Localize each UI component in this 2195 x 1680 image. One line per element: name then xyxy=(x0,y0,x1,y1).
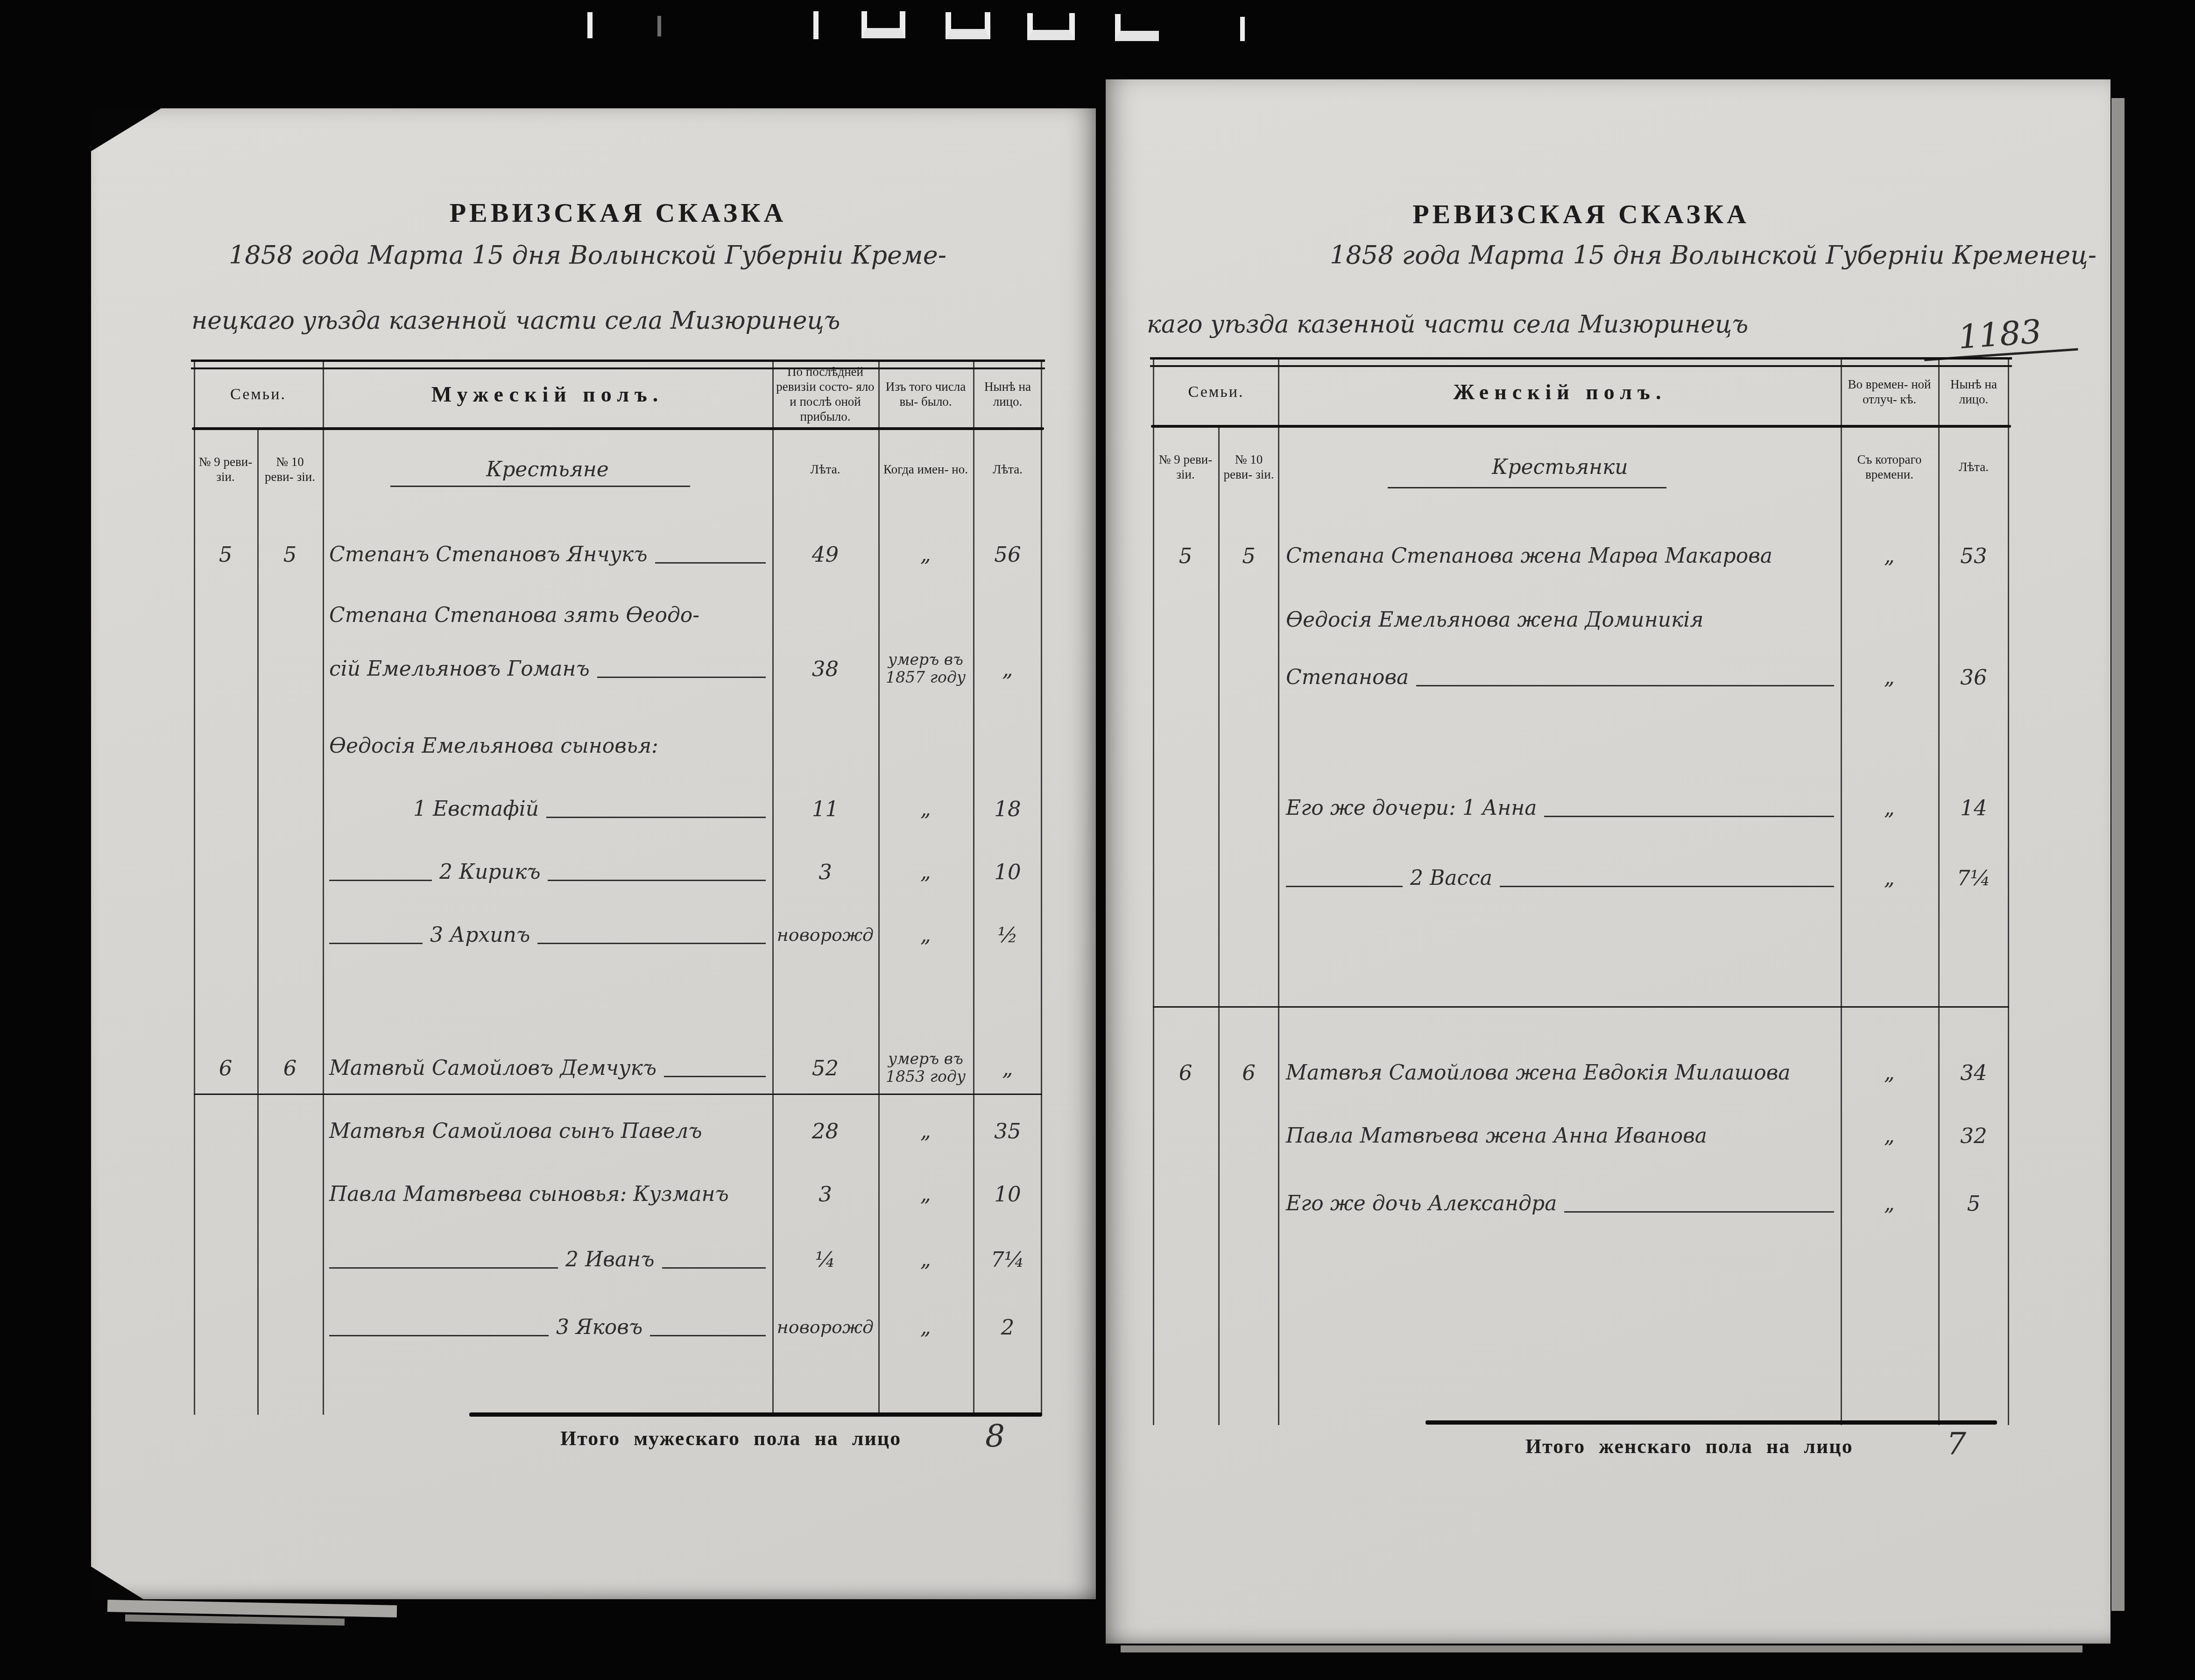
person-name: Степана Степанова зять Ѳеодо- xyxy=(329,603,699,627)
table-row: 2 Иванъ ¼ „ 7¼ xyxy=(194,1230,1042,1288)
departed-when: „ xyxy=(878,923,973,947)
total-rule-line xyxy=(469,1412,1042,1417)
header-rev10: № 10 реви- зіи. xyxy=(1218,428,1279,507)
age-last-revision: 28 xyxy=(772,1119,878,1144)
person-name: Степана Степанова жена Марѳа Макарова xyxy=(1286,544,1772,568)
age-now: 14 xyxy=(1938,796,2009,820)
header-departed: Изъ того числа вы- было. xyxy=(878,362,973,427)
header-present: Нынѣ на лицо. xyxy=(973,362,1042,427)
away-since: „ xyxy=(1841,665,1938,689)
departed-when: „ xyxy=(878,797,973,821)
table-subheader-row: № 9 реви- зіи. № 10 реви- зіи. Крестьяне… xyxy=(194,430,1042,509)
fill-rule xyxy=(1544,799,1834,817)
fill-rule xyxy=(548,863,766,881)
fill-rule xyxy=(664,1059,766,1077)
table-row: Его же дочь Александра „ 5 xyxy=(1153,1174,2009,1232)
departed-when: „ xyxy=(878,860,973,884)
lead-rule xyxy=(329,1250,558,1269)
age-now: ½ xyxy=(973,923,1042,947)
header-last-revision-years: Лѣта. xyxy=(772,430,878,509)
person-name: Павла Матвѣева жена Анна Иванова xyxy=(1286,1124,1707,1148)
male-total-label: Итого мужескаго пола на лицо xyxy=(560,1426,901,1450)
family-divider-line xyxy=(1153,1006,2009,1008)
departed-when: „ xyxy=(878,1315,973,1339)
away-since: „ xyxy=(1841,1124,1938,1148)
table-row: сій Емельяновъ Гоманъ 38 умеръ въ 1857 г… xyxy=(194,640,1042,698)
age-now: 35 xyxy=(973,1119,1042,1144)
age-now: 5 xyxy=(1938,1191,2009,1216)
header-away: Во времен- ной отлуч- кѣ. xyxy=(1841,360,1938,425)
female-total-value: 7 xyxy=(1947,1426,1966,1462)
header-family: Семьи. xyxy=(1153,360,1279,425)
away-since: „ xyxy=(1841,544,1938,568)
table-row: 3 Архипъ новорожд „ ½ xyxy=(194,906,1042,964)
page-stack-edge xyxy=(2111,98,2124,1611)
departed-when: „ xyxy=(878,543,973,566)
header-family: Семьи. xyxy=(194,362,323,427)
age-last-revision: ¼ xyxy=(772,1247,878,1272)
age-now: 36 xyxy=(1938,665,2009,690)
rev10-number: 6 xyxy=(257,1056,323,1080)
header-rev9: № 9 реви- зіи. xyxy=(194,430,257,509)
age-last-revision: 3 xyxy=(772,860,878,884)
age-last-revision: 49 xyxy=(772,542,878,567)
page-stack-edge xyxy=(125,1614,345,1625)
person-name: Степанова xyxy=(1286,665,1409,689)
rev10-number: 6 xyxy=(1218,1060,1279,1085)
fill-rule xyxy=(1416,668,1834,686)
page-stack-edge xyxy=(1121,1645,2082,1652)
age-last-revision: 11 xyxy=(772,797,878,821)
table-row: Степана Степанова зять Ѳеодо- xyxy=(194,586,1042,644)
age-last-revision: 3 xyxy=(772,1182,878,1207)
departed-when: „ xyxy=(878,1248,973,1271)
place-line: нецкаго уѣзда казенной части села Мизюри… xyxy=(191,307,840,335)
lead-rule xyxy=(1286,869,1403,887)
table-row: 2 Васса „ 7¼ xyxy=(1153,849,2009,907)
table-row: Степанова „ 36 xyxy=(1153,648,2009,706)
page-left: РЕВИЗСКАЯ СКАЗКА 1858 года Марта 15 дня … xyxy=(91,108,1096,1599)
departed-when: умеръ въ 1853 году xyxy=(878,1050,973,1086)
person-name: 2 Васса xyxy=(1410,866,1492,890)
film-frame-mark xyxy=(1027,13,1075,40)
header-present-years: Лѣта. xyxy=(1938,428,2009,507)
away-since: „ xyxy=(1841,866,1938,890)
person-name: Матвѣя Самойлова жена Евдокія Милашова xyxy=(1286,1061,1791,1085)
fill-rule xyxy=(537,926,766,944)
person-name: 3 Архипъ xyxy=(430,923,530,947)
table-row: Его же дочери: 1 Анна „ 14 xyxy=(1153,779,2009,837)
person-name: Матвѣй Самойловъ Демчукъ xyxy=(329,1056,656,1080)
revision-table-female: Семьи. Женскій полъ. Во времен- ной отлу… xyxy=(1153,360,2009,1425)
person-name: 1 Евстафій xyxy=(413,797,539,821)
table-row: Ѳедосія Емельянова сыновья: xyxy=(194,717,1042,775)
age-now: 7¼ xyxy=(1938,866,2009,890)
table-row: Ѳедосія Емельянова жена Доминикія xyxy=(1153,591,2009,649)
table-row: 1 Евстафій 11 „ 18 xyxy=(194,780,1042,838)
lead-rule xyxy=(329,926,423,944)
age-now: 56 xyxy=(973,542,1042,567)
lead-rule xyxy=(329,1318,549,1336)
away-since: „ xyxy=(1841,1061,1938,1085)
film-frame-mark xyxy=(861,11,905,38)
header-female-sex: Женскій полъ. xyxy=(1279,360,1841,425)
film-frame-mark xyxy=(946,12,990,39)
fill-rule xyxy=(1500,869,1834,887)
person-name: 3 Яковъ xyxy=(556,1315,642,1339)
page-corner-shadow xyxy=(91,108,161,151)
age-now: 2 xyxy=(973,1315,1042,1340)
table-row: Матвѣя Самойлова сынъ Павелъ 28 „ 35 xyxy=(194,1102,1042,1160)
page-title: РЕВИЗСКАЯ СКАЗКА xyxy=(194,197,1042,228)
film-frame-mark xyxy=(1115,14,1159,41)
age-now: 32 xyxy=(1938,1123,2009,1148)
date-line: 1858 года Марта 15 дня Волынской Губерні… xyxy=(1330,240,2096,270)
age-now: „ xyxy=(973,1056,1042,1080)
rev9-number: 5 xyxy=(194,542,257,567)
lead-rule xyxy=(329,863,432,881)
header-category: Крестьяне xyxy=(323,430,772,509)
male-total-value: 8 xyxy=(985,1418,1005,1454)
age-last-revision: 52 xyxy=(772,1056,878,1080)
header-rev10: № 10 реви- зіи. xyxy=(257,430,323,509)
rev9-number: 5 xyxy=(1153,544,1218,568)
table-row: 2 Кирикъ 3 „ 10 xyxy=(194,843,1042,901)
date-line: 1858 года Марта 15 дня Волынской Губерні… xyxy=(229,240,946,270)
rev10-number: 5 xyxy=(257,542,323,567)
film-frame-mark xyxy=(657,16,661,36)
table-row: Павла Матвѣева сыновья: Кузманъ 3 „ 10 xyxy=(194,1165,1042,1223)
female-total-label: Итого женскаго пола на лицо xyxy=(1525,1434,1853,1458)
table-row: 6 6 Матвѣй Самойловъ Демчукъ 52 умеръ въ… xyxy=(194,1039,1042,1097)
age-now: „ xyxy=(973,656,1042,681)
age-last-revision: новорожд xyxy=(772,925,878,945)
age-now: 10 xyxy=(973,860,1042,884)
fill-rule xyxy=(1564,1194,1834,1213)
film-frame-mark xyxy=(813,11,819,39)
age-now: 18 xyxy=(973,797,1042,821)
departed-when: „ xyxy=(878,1182,973,1206)
header-category: Крестьянки xyxy=(1279,428,1841,507)
table-row: 5 5 Степанъ Степановъ Янчукъ 49 „ 56 xyxy=(194,525,1042,583)
header-present: Нынѣ на лицо. xyxy=(1938,360,2009,425)
header-departed-when: Когда имен- но. xyxy=(878,430,973,509)
person-name: сій Емельяновъ Гоманъ xyxy=(329,657,590,681)
age-now: 34 xyxy=(1938,1060,2009,1085)
film-frame-mark xyxy=(1240,17,1245,41)
table-header-row: Семьи. Женскій полъ. Во времен- ной отлу… xyxy=(1153,360,2009,425)
page-corner-shadow xyxy=(91,1567,143,1599)
age-now: 10 xyxy=(973,1182,1042,1207)
age-last-revision: 38 xyxy=(772,656,878,681)
person-name: Павла Матвѣева сыновья: Кузманъ xyxy=(329,1182,729,1206)
person-name: Степанъ Степановъ Янчукъ xyxy=(329,543,648,566)
age-now: 53 xyxy=(1938,544,2009,568)
fill-rule xyxy=(650,1318,766,1336)
fill-rule xyxy=(597,660,766,678)
departed-when: умеръ въ 1857 году xyxy=(878,651,973,686)
person-name: 2 Иванъ xyxy=(565,1248,655,1271)
fill-rule xyxy=(662,1250,766,1269)
table-row: 5 5 Степана Степанова жена Марѳа Макаров… xyxy=(1153,527,2009,585)
table-row: Павла Матвѣева жена Анна Иванова „ 32 xyxy=(1153,1107,2009,1165)
page-right: РЕВИЗСКАЯ СКАЗКА 1858 года Марта 15 дня … xyxy=(1106,79,2110,1644)
header-away-since: Съ котораго времени. xyxy=(1841,428,1938,507)
page-number: 1183 xyxy=(1921,310,2078,361)
rev9-number: 6 xyxy=(194,1056,257,1080)
departed-when: „ xyxy=(878,1119,973,1143)
age-last-revision: новорожд xyxy=(772,1317,878,1337)
rev9-number: 6 xyxy=(1153,1060,1218,1085)
fill-rule xyxy=(546,800,766,818)
table-header-row: Семьи. Мужескій полъ. По послѣдней ревиз… xyxy=(194,362,1042,427)
header-rev9: № 9 реви- зіи. xyxy=(1153,428,1218,507)
header-last-revision: По послѣдней ревизіи состо- яло и послѣ … xyxy=(772,362,878,427)
fill-rule xyxy=(655,545,766,564)
header-present-years: Лѣта. xyxy=(973,430,1042,509)
person-name: Ѳедосія Емельянова жена Доминикія xyxy=(1286,608,1704,632)
table-row: 6 6 Матвѣя Самойлова жена Евдокія Милашо… xyxy=(1153,1044,2009,1101)
away-since: „ xyxy=(1841,796,1938,820)
table-subheader-row: № 9 реви- зіи. № 10 реви- зіи. Крестьянк… xyxy=(1153,428,2009,507)
person-name: Его же дочь Александра xyxy=(1286,1192,1557,1215)
person-name: 2 Кирикъ xyxy=(439,860,540,884)
away-since: „ xyxy=(1841,1192,1938,1215)
person-name: Матвѣя Самойлова сынъ Павелъ xyxy=(329,1119,702,1143)
person-name: Его же дочери: 1 Анна xyxy=(1286,796,1537,820)
film-frame-mark xyxy=(587,12,593,38)
total-rule-line xyxy=(1426,1420,1997,1425)
revision-table-male: Семьи. Мужескій полъ. По послѣдней ревиз… xyxy=(194,362,1042,1415)
age-now: 7¼ xyxy=(973,1247,1042,1272)
person-name: Ѳедосія Емельянова сыновья: xyxy=(329,734,658,758)
place-line: каго уѣзда казенной части села Мизюринец… xyxy=(1147,311,1748,339)
scanned-book-spread: РЕВИЗСКАЯ СКАЗКА 1858 года Марта 15 дня … xyxy=(0,0,2195,1680)
header-male-sex: Мужескій полъ. xyxy=(323,362,772,427)
rev10-number: 5 xyxy=(1218,544,1279,568)
table-row: 3 Яковъ новорожд „ 2 xyxy=(194,1298,1042,1356)
page-title: РЕВИЗСКАЯ СКАЗКА xyxy=(1153,198,2009,230)
